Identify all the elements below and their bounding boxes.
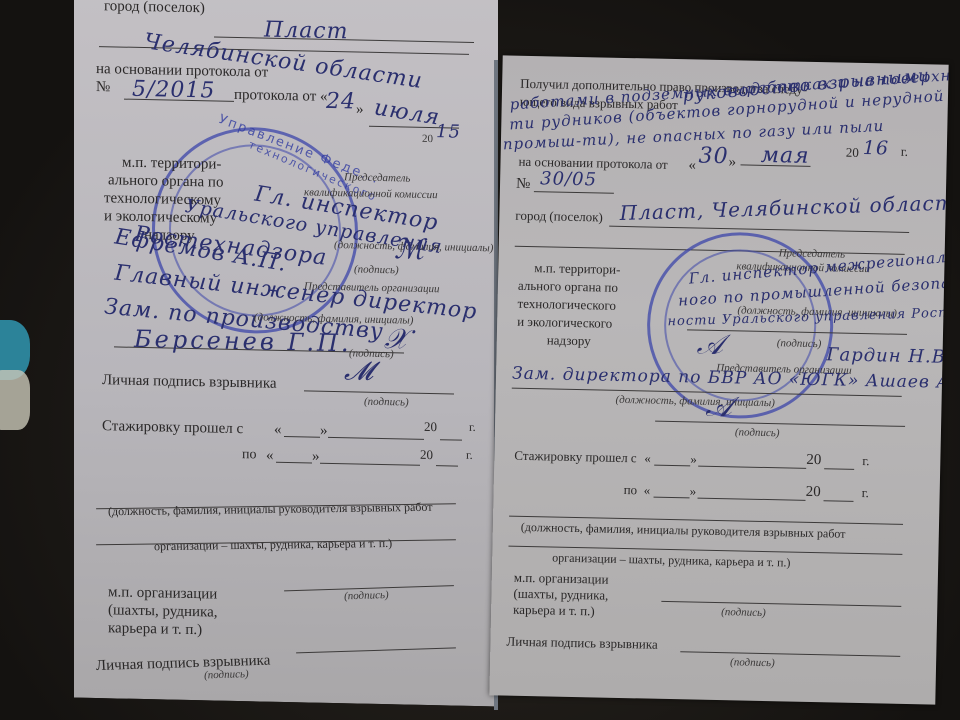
internship-to-label: по — [242, 447, 257, 463]
org-seal-signature-caption: (подпись) — [344, 589, 389, 602]
personal-signature-caption: (подпись) — [364, 396, 409, 409]
year-suffix-hw: 16 — [863, 137, 890, 160]
quote-open: « — [644, 450, 651, 466]
protocol-day-hw: 24 — [326, 89, 356, 115]
seal-label-1: м.п. территори- — [534, 260, 620, 278]
chair-signature-caption: (подпись) — [777, 337, 822, 350]
org-caption: организации – шахты, рудника, карьера и … — [154, 536, 393, 554]
year-prefix: 20 — [422, 133, 433, 145]
year-label: 20 — [420, 447, 433, 463]
org-rep-signature: 𝒳 — [384, 322, 408, 357]
city-value-hw: Пласт — [264, 18, 349, 45]
org-seal-label-2: (шахты, рудника, — [108, 602, 217, 621]
year-label: 20 — [806, 452, 821, 469]
personal-signature-caption: (подпись) — [730, 656, 775, 669]
left-page: город (поселок) Пласт Челябинской област… — [74, 0, 498, 706]
org-seal-label-1: м.п. организации — [514, 570, 609, 588]
city-label: город (поселок) — [515, 208, 603, 226]
seal-label-4: и экологического — [517, 314, 612, 332]
light-object — [0, 370, 30, 430]
seal-label-5: надзору — [547, 332, 591, 349]
org-rep-name-hw: Берсенев Г.П. — [134, 325, 352, 358]
chair-signature-caption: (подпись) — [354, 263, 399, 276]
quote-close: » — [728, 154, 736, 171]
manager-caption: (должность, фамилия, инициалы руководите… — [108, 500, 433, 520]
year-suffix-label: г. — [861, 485, 868, 501]
org-seal-label-1: м.п. организации — [108, 584, 217, 603]
quote-close: » — [320, 423, 328, 440]
org-seal-label-2: (шахты, рудника, — [513, 586, 608, 604]
quote-open: « — [644, 482, 651, 498]
number-label: № — [516, 176, 531, 193]
city-label: город (поселок) — [104, 0, 205, 17]
year-prefix: 20 — [846, 145, 859, 161]
year-suffix-label: г. — [466, 448, 473, 463]
seal-label-2: ального органа по — [108, 172, 223, 191]
protocol-number-hw: 30/05 — [540, 168, 597, 190]
protocol-number-hw: 5/2015 — [132, 77, 215, 104]
year-suffix-label: г. — [469, 420, 476, 435]
org-seal-label-3: карьера и т. п.) — [513, 602, 595, 620]
protocol-month-hw: мая — [760, 143, 809, 169]
year-suffix-label: г. — [862, 453, 869, 469]
org-signature-caption: (подпись) — [735, 426, 780, 439]
chair-label-1: Председатель — [344, 171, 410, 184]
quote-close: » — [689, 483, 696, 499]
internship-from-label: Стажировку прошел с — [514, 448, 637, 467]
internship-to-label: по — [624, 482, 638, 498]
number-label: № — [96, 79, 110, 96]
quote-close: » — [690, 451, 697, 467]
personal-signature-label: Личная подпись взрывника — [506, 634, 658, 653]
protocol-basis-label-2: протокола от « — [234, 87, 328, 106]
personal-signature-label: Личная подпись взрывника — [102, 372, 277, 393]
org-rep-signature: 𝒜 — [705, 390, 732, 425]
year-suffix-hw: 15 — [436, 121, 461, 143]
quote-close: » — [356, 101, 364, 118]
quote-close: » — [312, 449, 320, 466]
seal-label-2: ального органа по — [518, 278, 618, 296]
chair-signature: 𝒜 — [696, 328, 723, 363]
org-seal-label-3: карьера и т. п.) — [108, 620, 202, 639]
chair-signature: ℳ — [394, 232, 424, 266]
internship-from-label: Стажировку прошел с — [102, 418, 243, 438]
org-seal-signature-caption: (подпись) — [721, 606, 766, 619]
quote-open: « — [266, 448, 274, 465]
manager-caption: (должность, фамилия, инициалы руководите… — [521, 520, 846, 542]
org-caption: организации – шахты, рудника, карьера и … — [552, 551, 791, 571]
city-value-hw: Пласт, Челябинской области — [619, 190, 948, 225]
quote-open: « — [274, 422, 282, 439]
right-page: Получил дополнительно право производства… — [489, 55, 948, 704]
protocol-day-hw: 30 — [698, 144, 729, 170]
personal-signature-caption-2: (подпись) — [204, 668, 249, 681]
org-rep-caption: (должность, фамилия, инициалы) — [615, 394, 775, 409]
seal-label-3: технологического — [517, 296, 616, 314]
seal-label-1: м.п. территори- — [122, 155, 221, 174]
quote-open: « — [688, 157, 696, 174]
blaster-signature: 𝓜 — [344, 356, 373, 388]
year-label: 20 — [805, 484, 820, 501]
year-label: 20 — [424, 419, 437, 435]
year-suffix-label: г. — [901, 144, 908, 160]
